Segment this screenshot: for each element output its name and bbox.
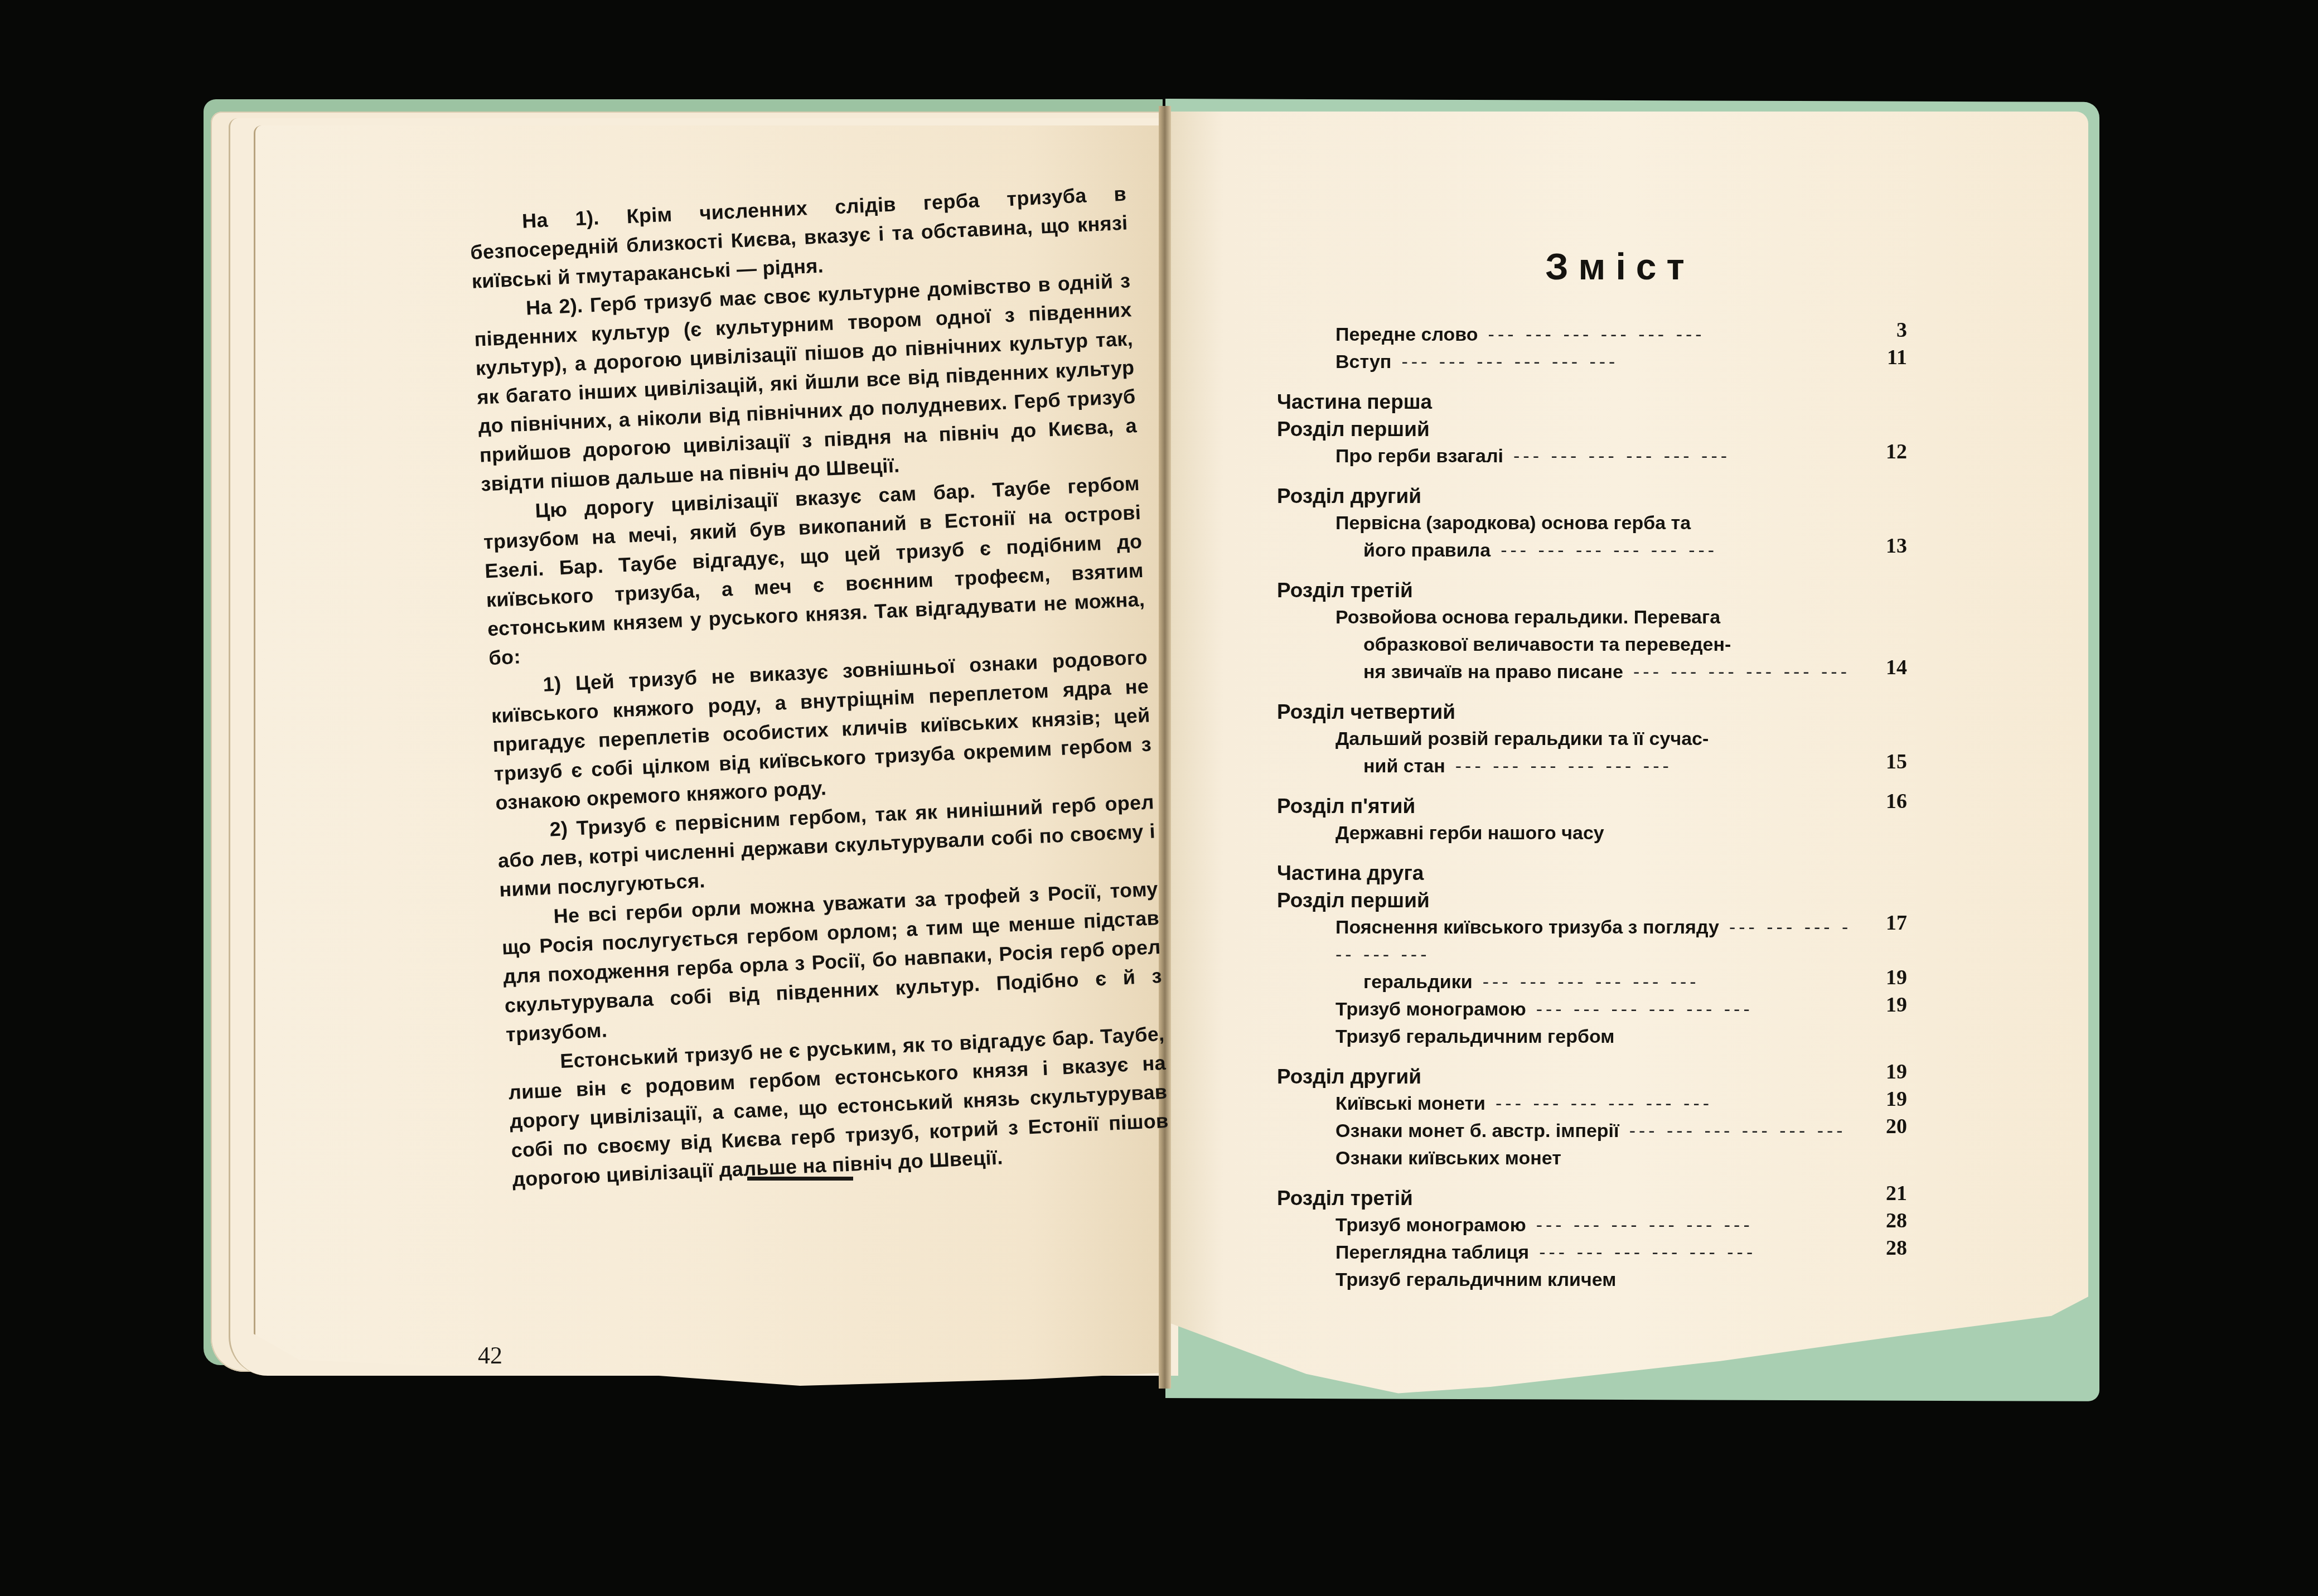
- toc-entry-text: Первісна (зародкова) основа герба та: [1335, 512, 1691, 534]
- scanned-book-spread: На 1). Крім численних слідів герба тризу…: [0, 0, 2318, 1596]
- toc-entry-text: Розділ п'ятий: [1277, 795, 1415, 818]
- spacer: [1277, 376, 1857, 388]
- toc-leader-dots: --- --- --- --- --- ---: [1513, 446, 1730, 467]
- toc-entry-text: Київські монети: [1335, 1093, 1485, 1114]
- toc-entry-text: Про герби взагалі: [1335, 446, 1503, 467]
- toc-entry-section: Розділ п'ятий16: [1277, 792, 1857, 820]
- toc-entry-text: Розділ третій: [1277, 579, 1413, 602]
- toc-entry-item: Тризуб геральдичним кличем: [1277, 1266, 1857, 1294]
- toc-entry-item: Вступ--- --- --- --- --- ---11: [1277, 349, 1857, 376]
- paragraph: Не всі герби орли можна уважати за трофе…: [500, 874, 1164, 1049]
- toc-entry-section: Розділ четвертий: [1277, 698, 1857, 726]
- toc-entry-text: образкової величавости та переведен-: [1363, 634, 1731, 655]
- toc-entry-part: Частина перша: [1277, 388, 1857, 415]
- toc-leader-dots: --- --- --- --- --- ---: [1536, 999, 1753, 1020]
- toc-title: Зміст: [1383, 245, 1857, 288]
- toc-entry-text: Вступ: [1335, 351, 1391, 373]
- paragraph: 1) Цей тризуб не виказує зовнішньої озна…: [490, 643, 1154, 818]
- toc-entry-item: Переглядна таблиця--- --- --- --- --- --…: [1277, 1239, 1857, 1266]
- toc-leader-dots: --- --- --- --- --- ---: [1401, 351, 1618, 373]
- paragraph: Естонський тризуб не є руським, як то ві…: [506, 1019, 1170, 1194]
- toc-leader-dots: --- --- --- --- --- ---: [1539, 1242, 1756, 1263]
- toc-page-number: 19: [1886, 992, 1907, 1019]
- paragraph: На 2). Герб тризуб має своє культурне до…: [472, 266, 1139, 499]
- toc-entry-text: Розділ четвертий: [1277, 700, 1455, 723]
- toc-entry-section: Розділ другий19: [1277, 1063, 1857, 1090]
- toc-entry-text: Розділ другий: [1277, 485, 1421, 507]
- toc-entry-text: Розділ третій: [1277, 1187, 1413, 1210]
- toc-leader-dots: --- --- --- --- --- ---: [1455, 756, 1672, 777]
- toc-leader-dots: --- --- --- --- --- ---: [1629, 1120, 1846, 1142]
- toc-entry-cont: образкової величавости та переведен-: [1277, 631, 1857, 659]
- toc-page-number: 21: [1886, 1180, 1907, 1207]
- spacer: [1277, 470, 1857, 482]
- toc-entry-item: Розвойова основа геральдики. Перевага: [1277, 604, 1857, 631]
- toc-page-number: 3: [1896, 317, 1907, 344]
- toc-page-number: 28: [1886, 1207, 1907, 1235]
- toc-page-number: 14: [1886, 654, 1907, 681]
- toc-entry-item: Тризуб монограмою--- --- --- --- --- ---…: [1277, 1212, 1857, 1239]
- toc-entry-text: Розвойова основа геральдики. Перевага: [1335, 607, 1720, 628]
- toc-entry-section: Розділ другий: [1277, 482, 1857, 510]
- toc-entry-text: Ознаки київських монет: [1335, 1148, 1561, 1169]
- toc-entry-item: Ознаки київських монет: [1277, 1145, 1857, 1172]
- toc-entry-text: його правила: [1363, 540, 1491, 561]
- toc-page-number: 17: [1886, 910, 1907, 937]
- toc-entry-section: Розділ третій21: [1277, 1184, 1857, 1212]
- toc-entry-cont: ний стан--- --- --- --- --- ---15: [1277, 753, 1857, 780]
- toc-entry-text: Ознаки монет б. австр. імперії: [1335, 1120, 1619, 1142]
- spacer: [1277, 1172, 1857, 1184]
- spacer: [1277, 847, 1857, 859]
- toc-entry-text: Частина перша: [1277, 390, 1432, 413]
- toc-entry-part: Частина друга: [1277, 859, 1857, 887]
- toc-entry-section: Розділ перший: [1277, 415, 1857, 443]
- toc-entry-item: Про герби взагалі--- --- --- --- --- ---…: [1277, 443, 1857, 470]
- toc-leader-dots: --- --- --- --- --- ---: [1536, 1215, 1753, 1236]
- spacer: [1277, 780, 1857, 792]
- spacer: [1277, 564, 1857, 577]
- toc-entry-item: Київські монети--- --- --- --- --- ---19: [1277, 1090, 1857, 1118]
- toc-entry-item: Пояснення київського тризуба з погляду--…: [1277, 914, 1857, 969]
- toc-entry-text: геральдики: [1363, 971, 1473, 993]
- toc-entry-cont: його правила--- --- --- --- --- ---13: [1277, 537, 1857, 564]
- toc-entry-text: Передне слово: [1335, 324, 1478, 345]
- toc-entry-item: Первісна (зародкова) основа герба та: [1277, 510, 1857, 537]
- toc-page-number: 28: [1886, 1235, 1907, 1262]
- spacer: [1277, 686, 1857, 698]
- toc-entry-text: Дальший розвій геральдики та її сучас-: [1335, 728, 1709, 749]
- toc-entry-cont: ня звичаїв на право писане--- --- --- --…: [1277, 659, 1857, 686]
- table-of-contents: Зміст Передне слово--- --- --- --- --- -…: [1277, 245, 1857, 1294]
- toc-entry-text: Розділ перший: [1277, 418, 1430, 441]
- toc-page-number: 19: [1886, 1058, 1907, 1086]
- book-gutter: [1159, 106, 1171, 1389]
- left-page-body: На 1). Крім численних слідів герба тризу…: [468, 179, 1170, 1194]
- toc-page-number: 15: [1886, 748, 1907, 776]
- toc-page-number: 16: [1886, 788, 1907, 815]
- toc-entry-text: Тризуб монограмою: [1335, 999, 1526, 1020]
- page-number: 42: [478, 1341, 502, 1370]
- toc-page-number: 19: [1886, 1086, 1907, 1113]
- toc-page-number: 19: [1886, 964, 1907, 992]
- toc-list: Передне слово--- --- --- --- --- ---3Вст…: [1277, 321, 1857, 1294]
- toc-leader-dots: --- --- --- --- --- ---: [1488, 324, 1705, 345]
- toc-page-number: 12: [1886, 438, 1907, 466]
- toc-entry-text: Розділ перший: [1277, 889, 1430, 912]
- toc-entry-text: Частина друга: [1277, 862, 1424, 884]
- toc-leader-dots: --- --- --- --- --- ---: [1501, 540, 1717, 561]
- toc-entry-text: Державні герби нашого часу: [1335, 823, 1604, 844]
- toc-page-number: 11: [1887, 344, 1907, 371]
- toc-entry-text: ний стан: [1363, 756, 1445, 777]
- toc-entry-text: Тризуб монограмою: [1335, 1215, 1526, 1236]
- spacer: [1277, 1051, 1857, 1063]
- toc-page-number: 20: [1886, 1113, 1907, 1140]
- toc-entry-section: Розділ третій: [1277, 577, 1857, 604]
- toc-entry-section: Розділ перший: [1277, 887, 1857, 914]
- toc-entry-text: Тризуб геральдичним кличем: [1335, 1269, 1616, 1290]
- toc-entry-item: Тризуб геральдичним гербом: [1277, 1023, 1857, 1051]
- toc-leader-dots: --- --- --- --- --- ---: [1633, 661, 1850, 683]
- toc-entry-text: Пояснення київського тризуба з погляду: [1335, 917, 1719, 938]
- toc-entry-text: ня звичаїв на право писане: [1363, 661, 1623, 683]
- paragraph: Цю дорогу цивілізації вказує сам бар. Та…: [482, 469, 1147, 673]
- toc-page-number: 13: [1886, 533, 1907, 560]
- toc-entry-text: Розділ другий: [1277, 1065, 1421, 1088]
- toc-leader-dots: --- --- --- --- --- ---: [1483, 971, 1700, 993]
- toc-entry-item: Державні герби нашого часу: [1277, 820, 1857, 847]
- toc-entry-text: Переглядна таблиця: [1335, 1242, 1529, 1263]
- section-end-rule: [747, 1177, 853, 1181]
- toc-entry-item: Ознаки монет б. австр. імперії--- --- --…: [1277, 1118, 1857, 1145]
- toc-entry-item: Тризуб монограмою--- --- --- --- --- ---…: [1277, 996, 1857, 1023]
- toc-entry-item: Дальший розвій геральдики та її сучас-: [1277, 726, 1857, 753]
- toc-entry-cont: геральдики--- --- --- --- --- ---19: [1277, 969, 1857, 996]
- toc-entry-text: Тризуб геральдичним гербом: [1335, 1026, 1614, 1047]
- toc-leader-dots: --- --- --- --- --- ---: [1496, 1093, 1712, 1114]
- toc-entry-item: Передне слово--- --- --- --- --- ---3: [1277, 321, 1857, 349]
